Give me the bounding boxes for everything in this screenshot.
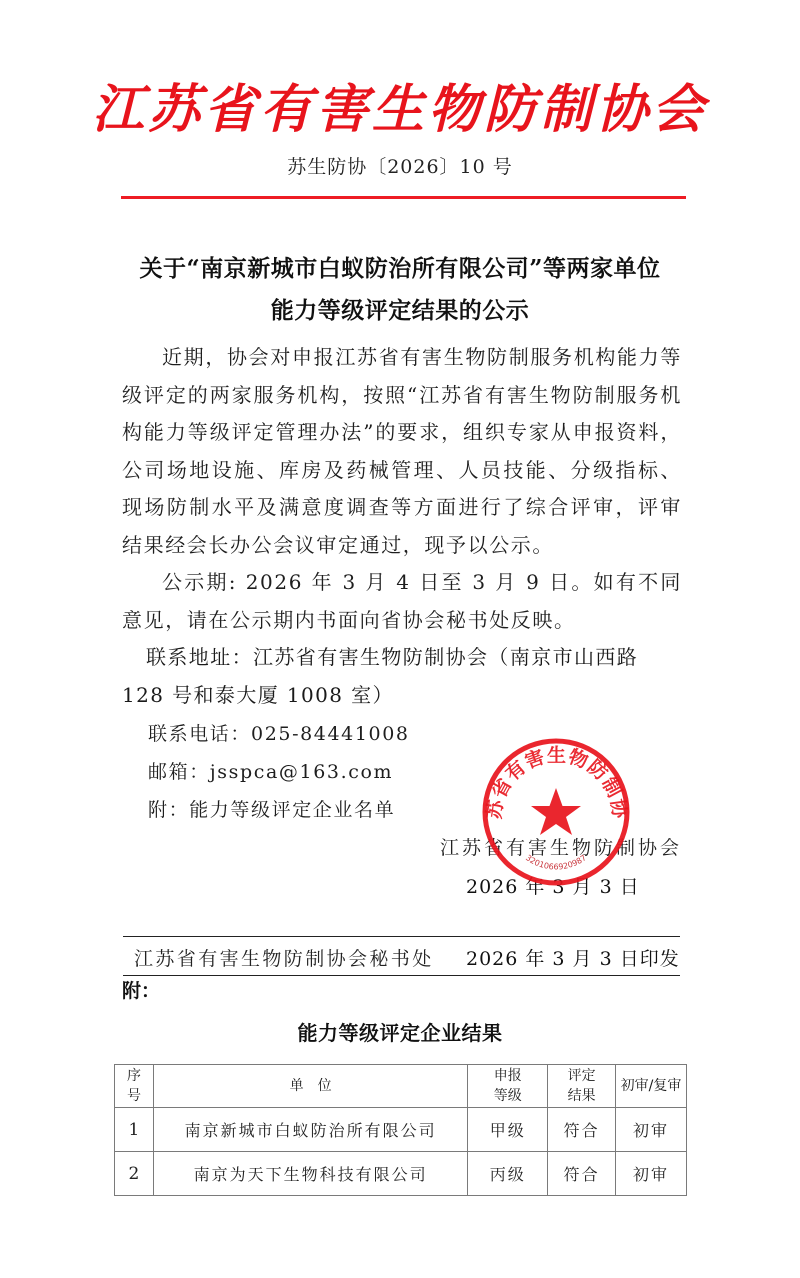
column-header-level: 申报等级 xyxy=(468,1065,548,1108)
cell-result: 符合 xyxy=(548,1108,616,1152)
table-header-row: 序号 单 位 申报等级 评定结果 初审/复审 xyxy=(115,1065,687,1108)
notice-title-line-2: 能力等级评定结果的公示 xyxy=(0,292,800,325)
contact-phone: 联系电话：025-84441008 xyxy=(148,719,410,746)
official-seal: 江苏省有害生物防制协会 3201066920987 xyxy=(480,736,632,888)
column-header-review: 初审/复审 xyxy=(616,1065,687,1108)
cell-seq: 1 xyxy=(115,1108,154,1152)
red-divider xyxy=(121,196,686,199)
column-header-seq: 序号 xyxy=(115,1065,154,1108)
svg-text:3201066920987: 3201066920987 xyxy=(524,853,588,871)
seal-serial: 3201066920987 xyxy=(524,853,588,871)
table-row: 1 南京新城市白蚁防治所有限公司 甲级 符合 初审 xyxy=(115,1108,687,1152)
cell-level: 甲级 xyxy=(468,1108,548,1152)
star-icon xyxy=(531,788,581,835)
body-paragraph-2: 公示期: 2026 年 3 月 4 日至 3 月 9 日。如有不同意见，请在公示… xyxy=(122,564,682,639)
cell-unit: 南京为天下生物科技有限公司 xyxy=(153,1152,468,1196)
appendix-label: 附： xyxy=(122,976,160,1003)
column-header-review-label: 初审/复审 xyxy=(620,1076,682,1096)
column-header-seq-label: 序号 xyxy=(126,1066,142,1106)
document-number: 苏生防协〔2026〕10 号 xyxy=(0,152,800,179)
footer-bottom-rule xyxy=(123,975,680,976)
cell-unit: 南京新城市白蚁防治所有限公司 xyxy=(153,1108,468,1152)
cell-review: 初审 xyxy=(616,1108,687,1152)
column-header-result: 评定结果 xyxy=(548,1065,616,1108)
contact-email: 邮箱：jsspca@163.com xyxy=(148,757,393,784)
attachment-note: 附：能力等级评定企业名单 xyxy=(148,795,395,822)
seal-icon: 江苏省有害生物防制协会 3201066920987 xyxy=(480,736,632,888)
column-header-unit: 单 位 xyxy=(153,1065,468,1108)
appendix-table-title: 能力等级评定企业结果 xyxy=(0,1017,800,1046)
footer-top-rule xyxy=(123,936,680,937)
table-row: 2 南京为天下生物科技有限公司 丙级 符合 初审 xyxy=(115,1152,687,1196)
cell-review: 初审 xyxy=(616,1152,687,1196)
contact-address: 联系地址：江苏省有害生物防制协会（南京市山西路 128 号和泰大厦 1008 室… xyxy=(122,639,682,714)
cell-result: 符合 xyxy=(548,1152,616,1196)
cell-level: 丙级 xyxy=(468,1152,548,1196)
results-table: 序号 单 位 申报等级 评定结果 初审/复审 1 南京新城市白蚁防治所有限公司 … xyxy=(114,1064,687,1196)
footer-issuer: 江苏省有害生物防制协会秘书处 xyxy=(134,944,434,971)
footer-issue-date: 2026 年 3 月 3 日印发 xyxy=(466,944,680,971)
cell-seq: 2 xyxy=(115,1152,154,1196)
column-header-result-label: 评定结果 xyxy=(565,1066,599,1106)
body-paragraph-1: 近期，协会对申报江苏省有害生物防制服务机构能力等级评定的两家服务机构，按照“江苏… xyxy=(122,339,682,564)
organization-name-header: 江苏省有害生物防制协会 xyxy=(0,78,800,142)
column-header-level-label: 申报等级 xyxy=(491,1066,525,1106)
notice-title-line-1: 关于“南京新城市白蚁防治所有限公司”等两家单位 xyxy=(0,250,800,283)
